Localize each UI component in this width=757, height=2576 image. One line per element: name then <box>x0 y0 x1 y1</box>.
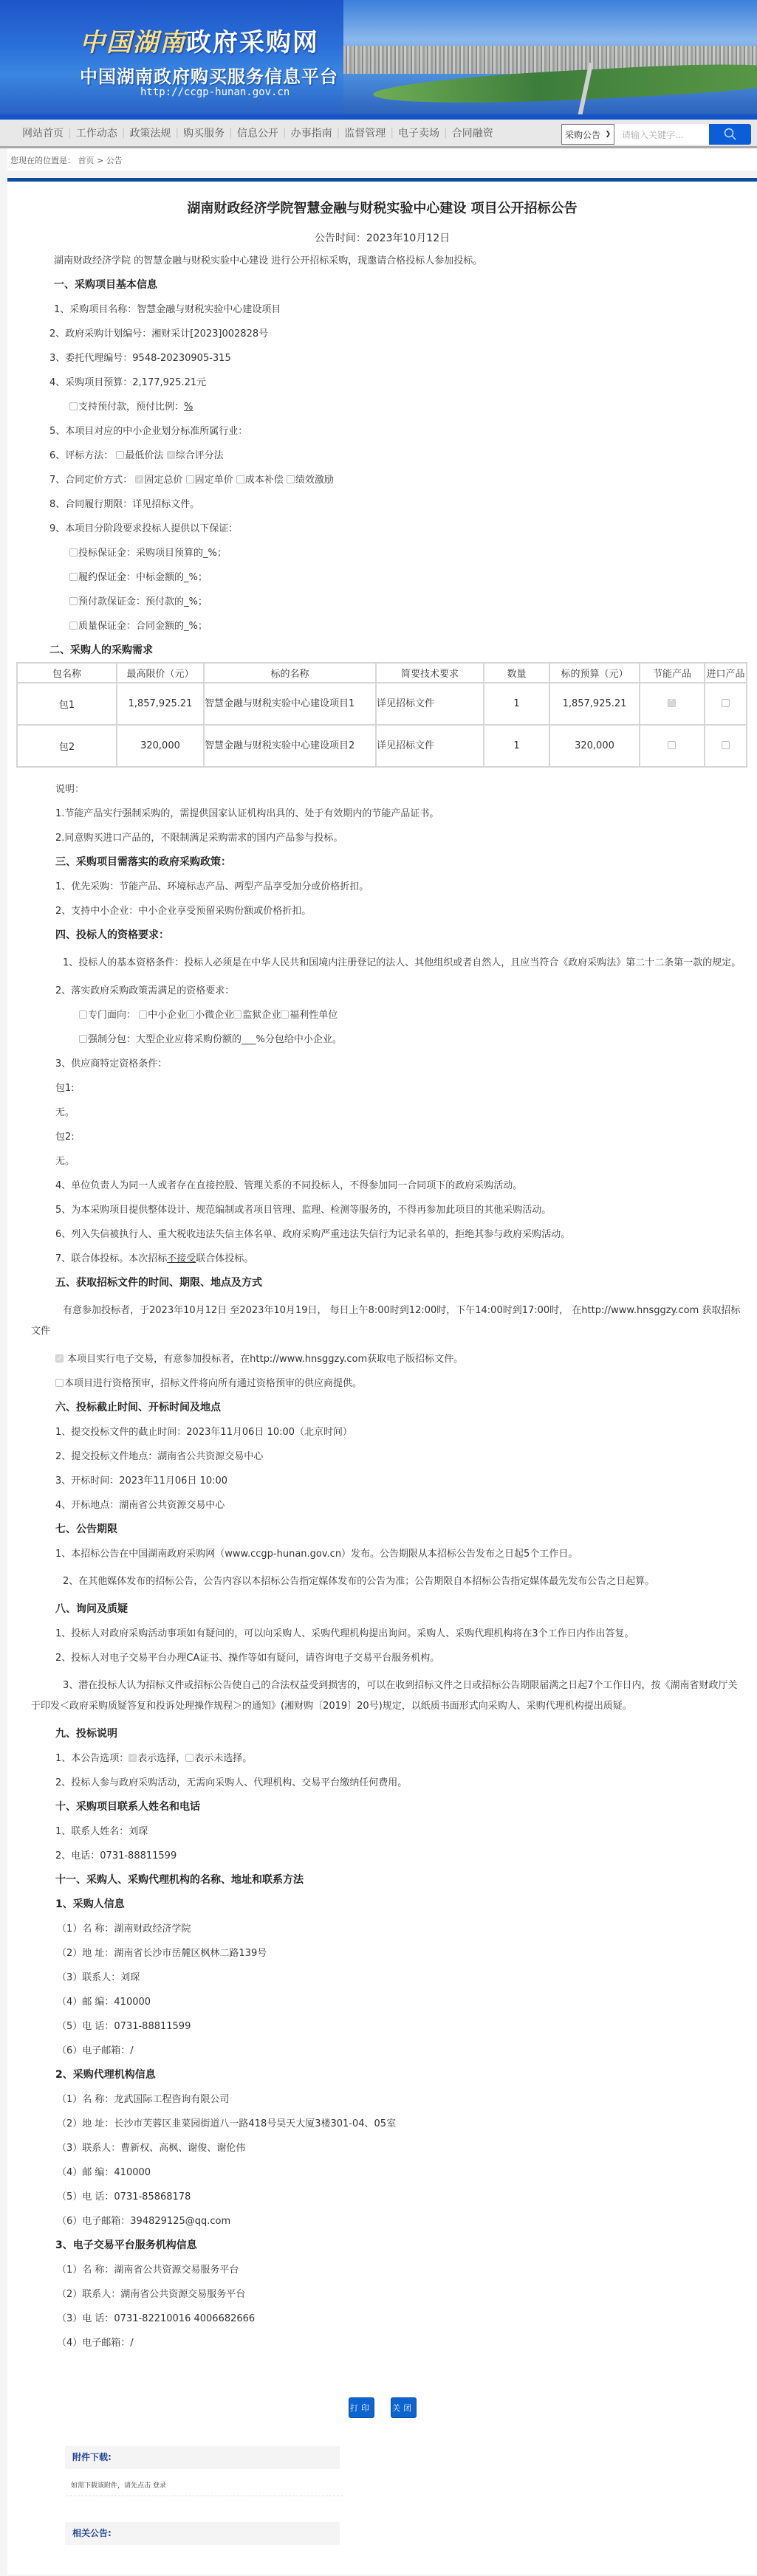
s1-item-8: 8、合同履行期限：详见招标文件。 <box>24 497 742 512</box>
s1-item-9: 9、本项目分阶段要求投标人提供以下保证： <box>24 522 742 536</box>
nav-items: 网站首页| 工作动态| 政策法规| 购买服务| 信息公开| 办事指南| 监督管理… <box>0 125 498 140</box>
pricing-incentive-checkbox[interactable] <box>287 475 295 483</box>
energy-saving-checkbox[interactable] <box>668 699 676 707</box>
cell-package: 包2 <box>17 725 117 767</box>
section-6-heading: 六、投标截止时间、开标时间及地点 <box>24 1401 742 1415</box>
search-icon <box>724 128 737 141</box>
requirements-table: 包名称 最高限价（元） 标的名称 简要技术要求 数量 标的预算（元） 节能产品 … <box>16 662 747 768</box>
cell-quantity: 1 <box>484 683 549 725</box>
pricing-incentive-label: 绩效激励 <box>295 475 334 486</box>
logo-calligraphy: 中国湖南 <box>80 28 186 58</box>
cell-imported <box>705 683 747 725</box>
imported-checkbox[interactable] <box>722 741 730 749</box>
e-trade-label: 本项目实行电子交易，有意参加投标者，在http://www.hnsggzy.co… <box>64 1354 463 1365</box>
s4-item-3: 3、供应商特定资格条件： <box>24 1057 742 1071</box>
site-logo[interactable]: 中国湖南政府采购网 <box>80 22 319 58</box>
breadcrumb-prefix: 您现在的位置是： <box>10 156 75 165</box>
subcontract-label: 强制分包：大型企业应将采购份额的___%分包给中小企业。 <box>88 1034 342 1045</box>
purchaser-postcode: （4）邮 编：410000 <box>24 1995 742 2009</box>
s10-item-1: 1、联系人姓名：刘琛 <box>24 1825 742 1839</box>
eval-comprehensive-checkbox[interactable] <box>167 451 175 459</box>
prequal-option: 本项目进行资格预审，招标文件将向所有通过资格预审的供应商提供。 <box>24 1377 742 1391</box>
prequal-label: 本项目进行资格预审，招标文件将向所有通过资格预审的供应商提供。 <box>64 1378 362 1389</box>
s8-item-3: 3、潜在投标人认为招标文件或招标公告使自己的合法权益受到损害的，可以在收到招标文… <box>24 1676 742 1717</box>
s1-item-1: 1、采购项目名称：智慧金融与财税实验中心建设项目 <box>24 303 742 317</box>
consortium-decision: 不接受 <box>167 1253 196 1264</box>
s7-item-1: 1、本招标公告在中国湖南政府采购网（www.ccgp-hunan.gov.cn）… <box>24 1547 742 1561</box>
cell-budget: 320,000 <box>549 725 640 767</box>
site-banner: 中国湖南政府采购网 中国湖南政府购买服务信息平台 http://ccgp-hun… <box>0 0 757 114</box>
prequal-checkbox[interactable] <box>55 1379 64 1387</box>
pricing-cost-comp-label: 成本补偿 <box>245 475 284 486</box>
nav-item-info-disclosure[interactable]: 信息公开 <box>233 125 283 140</box>
guarantee-performance: 履约保证金：中标金额的_%； <box>24 571 742 585</box>
page-title: 湖南财政经济学院智慧金融与财税实验中心建设 项目公开招标公告 <box>7 198 757 217</box>
breadcrumb-separator: > <box>97 156 103 165</box>
purchaser-address: （2）地 址：湖南省长沙市岳麓区枫林二路139号 <box>24 1946 742 1960</box>
action-buttons: 打印 关闭 <box>7 2397 757 2418</box>
nav-item-supervision[interactable]: 监督管理 <box>340 125 390 140</box>
nav-item-guide[interactable]: 办事指南 <box>287 125 337 140</box>
subcontract-option: 强制分包：大型企业应将采购份额的___%分包给中小企业。 <box>24 1033 742 1047</box>
eval-lowest-price-label: 最低价法 <box>125 450 163 461</box>
pricing-fixed-unit-checkbox[interactable] <box>186 475 194 483</box>
legend-prefix: 1、本公告选项： <box>55 1753 129 1764</box>
guarantee-bid-checkbox[interactable] <box>69 548 78 557</box>
breadcrumb-wrap: 您现在的位置是： 首页 > 公告 <box>7 148 757 171</box>
prepay-value: % <box>184 402 193 413</box>
nav-item-work-news[interactable]: 工作动态 <box>72 125 122 140</box>
search-bar: 采购公告 ❯ 请输入关键字... <box>561 124 751 145</box>
guarantee-bid-label: 投标保证金：采购项目预算的_%； <box>78 548 227 559</box>
prison-enterprise-label: 监狱企业 <box>242 1010 281 1021</box>
note-2: 2.同意购买进口产品的，不限制满足采购需求的国内产品参与投标。 <box>24 831 742 845</box>
legend-selected-checkbox <box>129 1754 137 1762</box>
agency-phone: （5）电 话：0731-85868178 <box>24 2190 742 2204</box>
dedicated-option: 专门面向： 中小企业小微企业监狱企业福利性单位 <box>24 1008 742 1022</box>
cell-energy-saving <box>640 725 705 767</box>
consortium-pre: 7、联合体投标。本次招标 <box>55 1253 167 1264</box>
agency-address: （2）地 址：长沙市芙蓉区韭菜园街道八一路418号昊天大厦3楼301-04、05… <box>24 2117 742 2131</box>
s3-item-2: 2、支持中小企业：中小企业享受预留采购份额或价格折扣。 <box>24 904 742 918</box>
section-1-heading: 一、采购项目基本信息 <box>24 278 742 292</box>
legend-unselected-checkbox <box>185 1754 193 1762</box>
cell-max-price: 1,857,925.21 <box>117 683 204 725</box>
s1-item-2: 2、政府采购计划编号：湘财采计[2023]002828号 <box>24 327 742 341</box>
pricing-fixed-total-label: 固定总价 <box>144 475 182 486</box>
section-10-heading: 十、采购项目联系人姓名和电话 <box>24 1800 742 1814</box>
s4-item-5: 5、为本采购项目提供整体设计、规范编制或者项目管理、监理、检测等服务的，不得再参… <box>24 1203 742 1217</box>
guarantee-prepay-checkbox[interactable] <box>69 597 78 605</box>
pricing-fixed-total-checkbox[interactable] <box>135 475 143 483</box>
e-trade-option: 本项目实行电子交易，有意参加投标者，在http://www.hnsggzy.co… <box>24 1352 742 1366</box>
attachments-text: 如需下载该附件，请先点击 <box>71 2482 151 2490</box>
intro-text: 湖南财政经济学院 的智慧金融与财税实验中心建设 进行公开招标采购，现邀请合格投标… <box>24 254 742 268</box>
cell-item-name: 智慧金融与财税实验中心建设项目1 <box>204 683 376 725</box>
col-imported: 进口产品 <box>705 663 747 683</box>
pkg1-value: 无。 <box>24 1106 742 1120</box>
cell-quantity: 1 <box>484 725 549 767</box>
pricing-method-label: 7、合同定价方式： <box>49 475 132 486</box>
s6-item-3: 3、开标时间：2023年11月06日 10:00 <box>24 1474 742 1488</box>
agency-name: （1）名 称：龙武国际工程咨询有限公司 <box>24 2093 742 2107</box>
s1-item-5: 5、本项目对应的中小企业划分标准所属行业： <box>24 424 742 438</box>
legend-selected-label: 表示选择， <box>137 1753 185 1764</box>
legend-unselected-label: 表示未选择。 <box>194 1753 252 1764</box>
nav-item-e-mall[interactable]: 电子卖场 <box>394 125 444 140</box>
guarantee-bid: 投标保证金：采购项目预算的_%； <box>24 546 742 560</box>
guarantee-performance-checkbox[interactable] <box>69 573 78 581</box>
notice-content: 湖南财政经济学院智慧金融与财税实验中心建设 项目公开招标公告 公告时间：2023… <box>7 178 757 2575</box>
attachments-heading: 附件下载: <box>65 2446 340 2469</box>
cell-package: 包1 <box>17 683 117 725</box>
prison-enterprise-checkbox[interactable] <box>233 1010 242 1019</box>
col-max-price: 最高限价（元） <box>117 663 204 683</box>
attachments-body: 如需下载该附件，请先点击 登录 <box>66 2469 343 2496</box>
s6-item-1: 1、提交投标文件的截止时间：2023年11月06日 10:00（北京时间） <box>24 1425 742 1439</box>
cell-tech-req: 详见招标文件 <box>376 683 484 725</box>
platform-contact: （2）联系人：湖南省公共资源交易服务平台 <box>24 2287 742 2301</box>
purchaser-phone: （5）电 话：0731-88811599 <box>24 2019 742 2033</box>
purchaser-email: （6）电子邮箱：/ <box>24 2044 742 2058</box>
table-row: 包2 320,000 智慧金融与财税实验中心建设项目2 详见招标文件 1 320… <box>17 725 747 767</box>
nav-item-purchase-services[interactable]: 购买服务 <box>179 125 229 140</box>
section-3-heading: 三、采购项目需落实的政府采购政策： <box>24 855 742 869</box>
purchaser-heading: 1、采购人信息 <box>24 1898 742 1912</box>
col-quantity: 数量 <box>484 663 549 683</box>
col-tech-req: 简要技术要求 <box>376 663 484 683</box>
prepay-checkbox[interactable] <box>69 402 78 410</box>
search-category-select[interactable]: 采购公告 ❯ <box>561 124 614 145</box>
dedicated-checkbox[interactable] <box>79 1010 87 1019</box>
pkg1-label: 包1: <box>24 1081 742 1095</box>
s1-item-3: 3、委托代理编号：9548-20230905-315 <box>24 351 742 365</box>
purchaser-name: （1）名 称：湖南财政经济学院 <box>24 1922 742 1936</box>
sme-label: 中小企业 <box>148 1010 186 1021</box>
section-2-heading: 二、采购人的采购需求 <box>24 644 742 658</box>
micro-enterprise-label: 小微企业 <box>195 1010 233 1021</box>
s1-item-7: 7、合同定价方式： 固定总价 固定单价 成本补偿 绩效激励 <box>24 473 742 487</box>
guarantee-prepay: 预付款保证金：预付款的_%； <box>24 595 742 609</box>
welfare-unit-checkbox[interactable] <box>281 1010 289 1019</box>
guarantee-prepay-label: 预付款保证金：预付款的_%； <box>78 596 208 607</box>
cell-energy-saving <box>640 683 705 725</box>
search-input[interactable]: 请输入关键字... <box>614 124 709 145</box>
platform-heading: 3、电子交易平台服务机构信息 <box>24 2239 742 2253</box>
platform-email: （4）电子邮箱：/ <box>24 2336 742 2350</box>
section-5-heading: 五、获取招标文件的时间、期限、地点及方式 <box>24 1276 742 1290</box>
notice-body-continued: 说明： 1.节能产品实行强制采购的，需提供国家认证机构出具的、处于有效期内的节能… <box>7 782 757 2350</box>
cell-tech-req: 详见招标文件 <box>376 725 484 767</box>
cell-imported <box>705 725 747 767</box>
publish-time: 公告时间：2023年10月12日 <box>7 230 757 245</box>
eval-lowest-price-checkbox[interactable] <box>116 451 124 459</box>
welfare-unit-label: 福利性单位 <box>290 1010 338 1021</box>
purchaser-contact: （3）联系人：刘琛 <box>24 1971 742 1985</box>
platform-name: （1）名 称：湖南省公共资源交易服务平台 <box>24 2263 742 2277</box>
breadcrumb-home[interactable]: 首页 <box>78 156 95 165</box>
cell-item-name: 智慧金融与财税实验中心建设项目2 <box>204 725 376 767</box>
chevron-down-icon: ❯ <box>605 131 611 138</box>
eval-method-label: 6、评标方法： <box>49 450 113 461</box>
s4-item-6: 6、列入失信被执行人、重大税收违法失信主体名单、政府采购严重违法失信行为记录名单… <box>24 1227 742 1241</box>
e-trade-checkbox[interactable] <box>55 1354 64 1363</box>
section-9-heading: 九、投标说明 <box>24 1727 742 1741</box>
imported-checkbox[interactable] <box>722 699 730 707</box>
logo-subtitle: 中国湖南政府购买服务信息平台 <box>80 62 338 88</box>
cell-max-price: 320,000 <box>117 725 204 767</box>
guarantee-quality-label: 质量保证金：合同金额的_%； <box>78 621 208 632</box>
energy-saving-checkbox[interactable] <box>668 741 676 749</box>
s5-paragraph: 有意参加投标者，于2023年10月12日 至2023年10月19日， 每日上午8… <box>24 1301 742 1342</box>
s9-item-2: 2、投标人参与政府采购活动，无需向采购人、代理机构、交易平台缴纳任何费用。 <box>24 1776 742 1790</box>
s8-item-2: 2、投标人对电子交易平台办理CA证书、操作等如有疑问，请咨询电子交易平台服务机构… <box>24 1651 742 1665</box>
s6-item-2: 2、提交投标文件地点：湖南省公共资源交易中心 <box>24 1450 742 1464</box>
col-energy-saving: 节能产品 <box>640 663 705 683</box>
main-nav: 网站首页| 工作动态| 政策法规| 购买服务| 信息公开| 办事指南| 监督管理… <box>0 114 757 148</box>
agency-contact: （3）联系人：曹新权、高枫、谢俊、谢伦伟 <box>24 2141 742 2155</box>
subcontract-checkbox[interactable] <box>79 1035 87 1043</box>
guarantee-quality: 质量保证金：合同金额的_%； <box>24 619 742 633</box>
agency-postcode: （4）邮 编：410000 <box>24 2166 742 2180</box>
login-link[interactable]: 登录 <box>153 2482 166 2490</box>
prepay-label: 支持预付款，预付比例： <box>78 402 184 413</box>
guarantee-performance-label: 履约保证金：中标金额的_%； <box>78 572 208 583</box>
pricing-cost-comp-checkbox[interactable] <box>236 475 244 483</box>
pkg2-value: 无。 <box>24 1154 742 1168</box>
s9-item-1: 1、本公告选项：表示选择，表示未选择。 <box>24 1752 742 1766</box>
col-budget: 标的预算（元） <box>549 663 640 683</box>
close-button[interactable]: 关闭 <box>391 2397 417 2418</box>
s4-item-4: 4、单位负责人为同一人或者存在直接控股、管理关系的不同投标人，不得参加同一合同项… <box>24 1179 742 1193</box>
note-label: 说明： <box>24 782 742 796</box>
note-1: 1.节能产品实行强制采购的，需提供国家认证机构出具的、处于有效期内的节能产品证书… <box>24 807 742 821</box>
s7-item-2: 2、在其他媒体发布的招标公告，公告内容以本招标公告指定媒体发布的公告为准；公告期… <box>24 1571 742 1592</box>
s10-item-2: 2、电话：0731-88811599 <box>24 1849 742 1863</box>
s1-item-6: 6、评标方法： 最低价法 综合评分法 <box>24 449 742 463</box>
nav-item-policy[interactable]: 政策法规 <box>125 125 175 140</box>
s4-item-7: 7、联合体投标。本次招标不接受联合体投标。 <box>24 1252 742 1266</box>
s4-item-2: 2、落实政府采购政策需满足的资格要求： <box>24 984 742 998</box>
s1-item-4: 4、采购项目预算：2,177,925.21元 <box>24 376 742 390</box>
section-11-heading: 十一、采购人、采购代理机构的名称、地址和联系方法 <box>24 1873 742 1887</box>
nav-item-home[interactable]: 网站首页 <box>18 125 68 140</box>
print-button[interactable]: 打印 <box>349 2397 374 2418</box>
s4-item-1: 1、投标人的基本资格条件：投标人必须是在中华人民共和国境内注册登记的法人、其他组… <box>24 953 742 974</box>
agency-email: （6）电子邮箱：394829125@qq.com <box>24 2214 742 2228</box>
pricing-fixed-unit-label: 固定单价 <box>195 475 233 486</box>
nav-item-contract-finance[interactable]: 合同融资 <box>448 125 498 140</box>
section-8-heading: 八、询问及质疑 <box>24 1602 742 1616</box>
cell-budget: 1,857,925.21 <box>549 683 640 725</box>
s6-item-4: 4、开标地点：湖南省公共资源交易中心 <box>24 1498 742 1512</box>
s3-item-1: 1、优先采购：节能产品、环境标志产品、两型产品享受加分或价格折扣。 <box>24 880 742 894</box>
guarantee-quality-checkbox[interactable] <box>69 621 78 630</box>
agency-heading: 2、采购代理机构信息 <box>24 2068 742 2082</box>
col-package: 包名称 <box>17 663 117 683</box>
table-row: 包1 1,857,925.21 智慧金融与财税实验中心建设项目1 详见招标文件 … <box>17 683 747 725</box>
logo-url: http://ccgp-hunan.gov.cn <box>140 86 290 98</box>
notice-body: 湖南财政经济学院 的智慧金融与财税实验中心建设 进行公开招标采购，现邀请合格投标… <box>7 254 757 658</box>
micro-enterprise-checkbox[interactable] <box>186 1010 194 1019</box>
logo-title: 政府采购网 <box>186 28 319 58</box>
consortium-post: 联合体投标。 <box>196 1253 253 1264</box>
section-4-heading: 四、投标人的资格要求： <box>24 929 742 943</box>
prepay-option: 支持预付款，预付比例：% <box>24 400 742 414</box>
dedicated-label: 专门面向： <box>88 1010 136 1021</box>
breadcrumb-current[interactable]: 公告 <box>106 156 123 165</box>
eval-comprehensive-label: 综合评分法 <box>176 450 224 461</box>
search-button[interactable] <box>709 124 751 145</box>
breadcrumb: 您现在的位置是： 首页 > 公告 <box>7 148 757 171</box>
pkg2-label: 包2: <box>24 1130 742 1144</box>
s8-item-1: 1、投标人对政府采购活动事项如有疑问的，可以向采购人、采购代理机构提出询问。采购… <box>24 1627 742 1641</box>
related-notices-heading: 相关公告: <box>65 2522 340 2545</box>
sme-checkbox[interactable] <box>139 1010 147 1019</box>
platform-phone: （3）电 话：0731-82210016 4006682666 <box>24 2312 742 2326</box>
section-7-heading: 七、公告期限 <box>24 1523 742 1537</box>
search-category-value: 采购公告 <box>565 128 600 141</box>
table-header-row: 包名称 最高限价（元） 标的名称 简要技术要求 数量 标的预算（元） 节能产品 … <box>17 663 747 683</box>
col-item-name: 标的名称 <box>204 663 376 683</box>
